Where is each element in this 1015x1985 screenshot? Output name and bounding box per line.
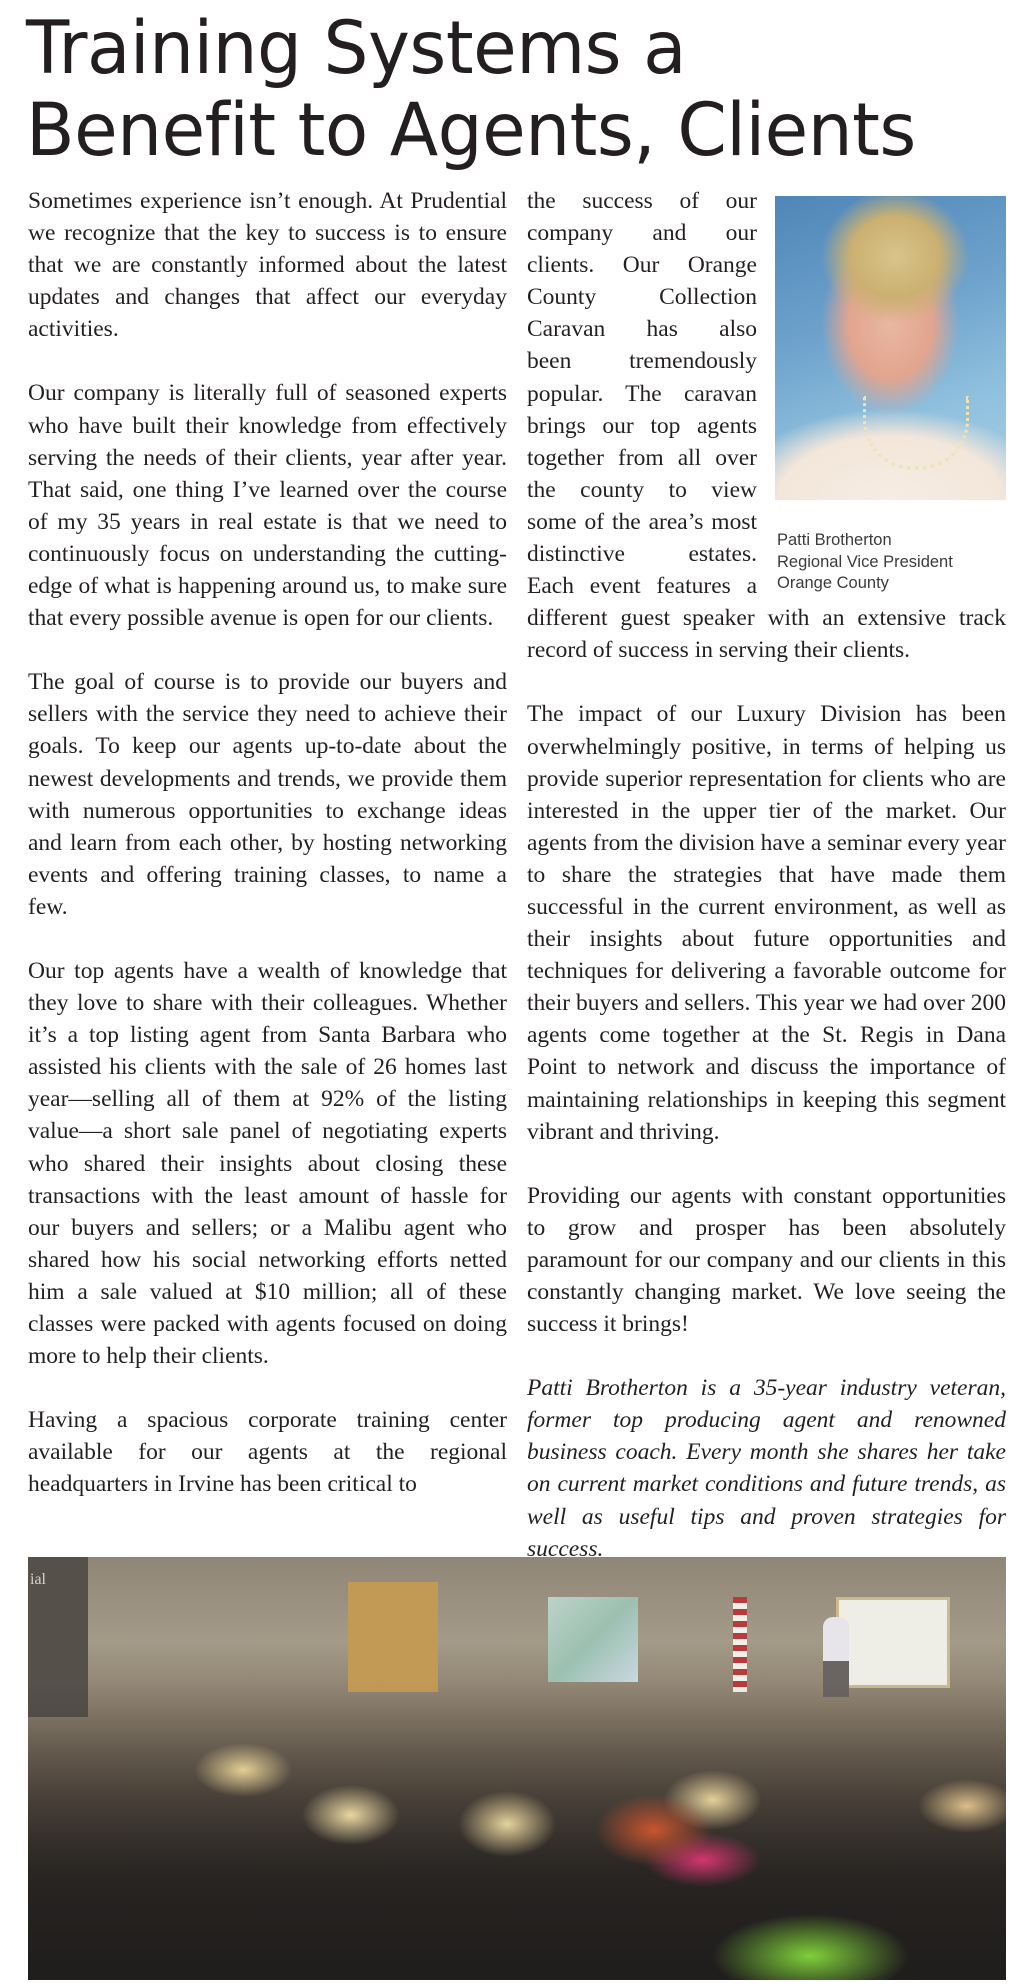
sign-text: ial [30, 1571, 46, 1589]
paragraph: Our company is literally full of seasone… [28, 377, 507, 634]
wall-map [548, 1597, 638, 1682]
wrap-text-beside-portrait: the success of our company and our clien… [527, 185, 757, 602]
paragraph: Sometimes experience isn’t enough. At Pr… [28, 185, 507, 345]
text-line: brings our top agents [527, 410, 757, 442]
text-line: some of the area’s most [527, 506, 757, 538]
seated-audience [28, 1680, 1006, 1980]
title-line-1: Training Systems a [26, 8, 916, 90]
paragraph: Having a spacious corporate training cen… [28, 1404, 507, 1500]
caption-region: Orange County [777, 573, 1007, 595]
text-line: County Collection [527, 281, 757, 313]
text-line: the success of our [527, 185, 757, 217]
necklace-detail [863, 396, 969, 470]
text-line: the county to view [527, 474, 757, 506]
paragraph-continuation: different guest speaker with an extensiv… [527, 602, 1006, 666]
paragraph: Providing our agents with constant oppor… [527, 1180, 1006, 1340]
article-title: Training Systems a Benefit to Agents, Cl… [26, 8, 916, 172]
wooden-door [348, 1582, 438, 1692]
training-seminar-photo: ial [28, 1557, 1006, 1980]
text-line: together from all over [527, 442, 757, 474]
left-column: Sometimes experience isn’t enough. At Pr… [28, 185, 507, 1500]
text-line: clients. Our Orange [527, 249, 757, 281]
text-line: Caravan has also [527, 313, 757, 345]
caption-title: Regional Vice President [777, 552, 1007, 574]
paragraph: Our top agents have a wealth of knowledg… [28, 955, 507, 1372]
text-line: company and our [527, 217, 757, 249]
title-line-2: Benefit to Agents, Clients [26, 90, 916, 172]
caption-name: Patti Brotherton [777, 530, 1007, 552]
author-portrait-photo [775, 196, 1006, 500]
text-line: been tremendously [527, 345, 757, 377]
paragraph: The impact of our Luxury Division has be… [527, 698, 1006, 1147]
text-line: popular. The caravan [527, 378, 757, 410]
text-line: Each event features a [527, 570, 757, 602]
paragraph: The goal of course is to provide our buy… [28, 666, 507, 923]
text-line: distinctive estates. [527, 538, 757, 570]
portrait-caption: Patti Brotherton Regional Vice President… [777, 530, 1007, 595]
whiteboard [836, 1597, 950, 1688]
american-flag [733, 1597, 747, 1692]
author-bio: Patti Brotherton is a 35-year industry v… [527, 1372, 1006, 1565]
